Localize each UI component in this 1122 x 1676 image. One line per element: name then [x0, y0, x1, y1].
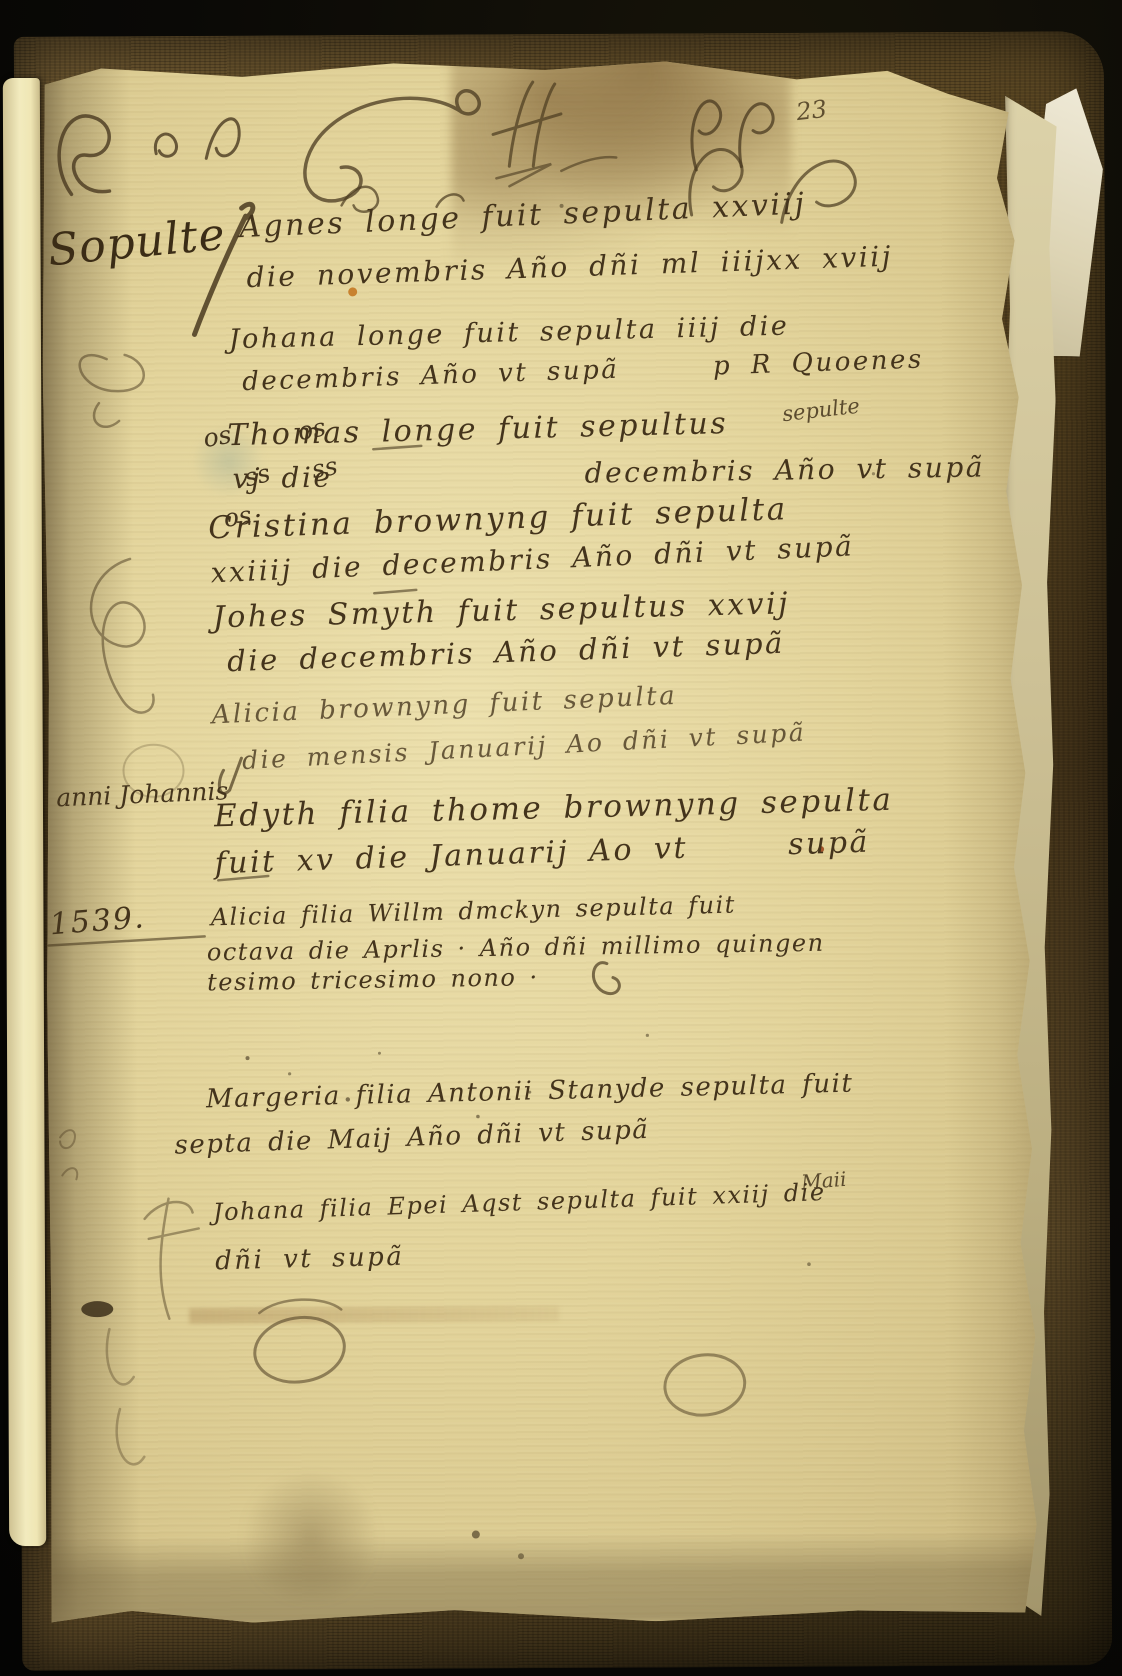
faded-ink-offset [189, 1306, 559, 1324]
gutter-shadow [41, 59, 142, 1626]
underleaf-edge [3, 78, 46, 1546]
manuscript-photo: 23 Sopulte os os ss ss os anni Johannis … [0, 0, 1122, 1676]
manuscript-page: 23 Sopulte os os ss ss os anni Johannis … [41, 53, 1060, 1626]
interlinear-insertion: Maii [800, 1167, 847, 1194]
register-entry-line: dñi vt supã [215, 1242, 405, 1277]
folio-number: 23 [795, 95, 828, 126]
margin-note-year: 1539. [48, 900, 146, 942]
bottom-left-stain [235, 1472, 386, 1603]
register-entry-line: tesimo tricesimo nono · [207, 963, 539, 996]
